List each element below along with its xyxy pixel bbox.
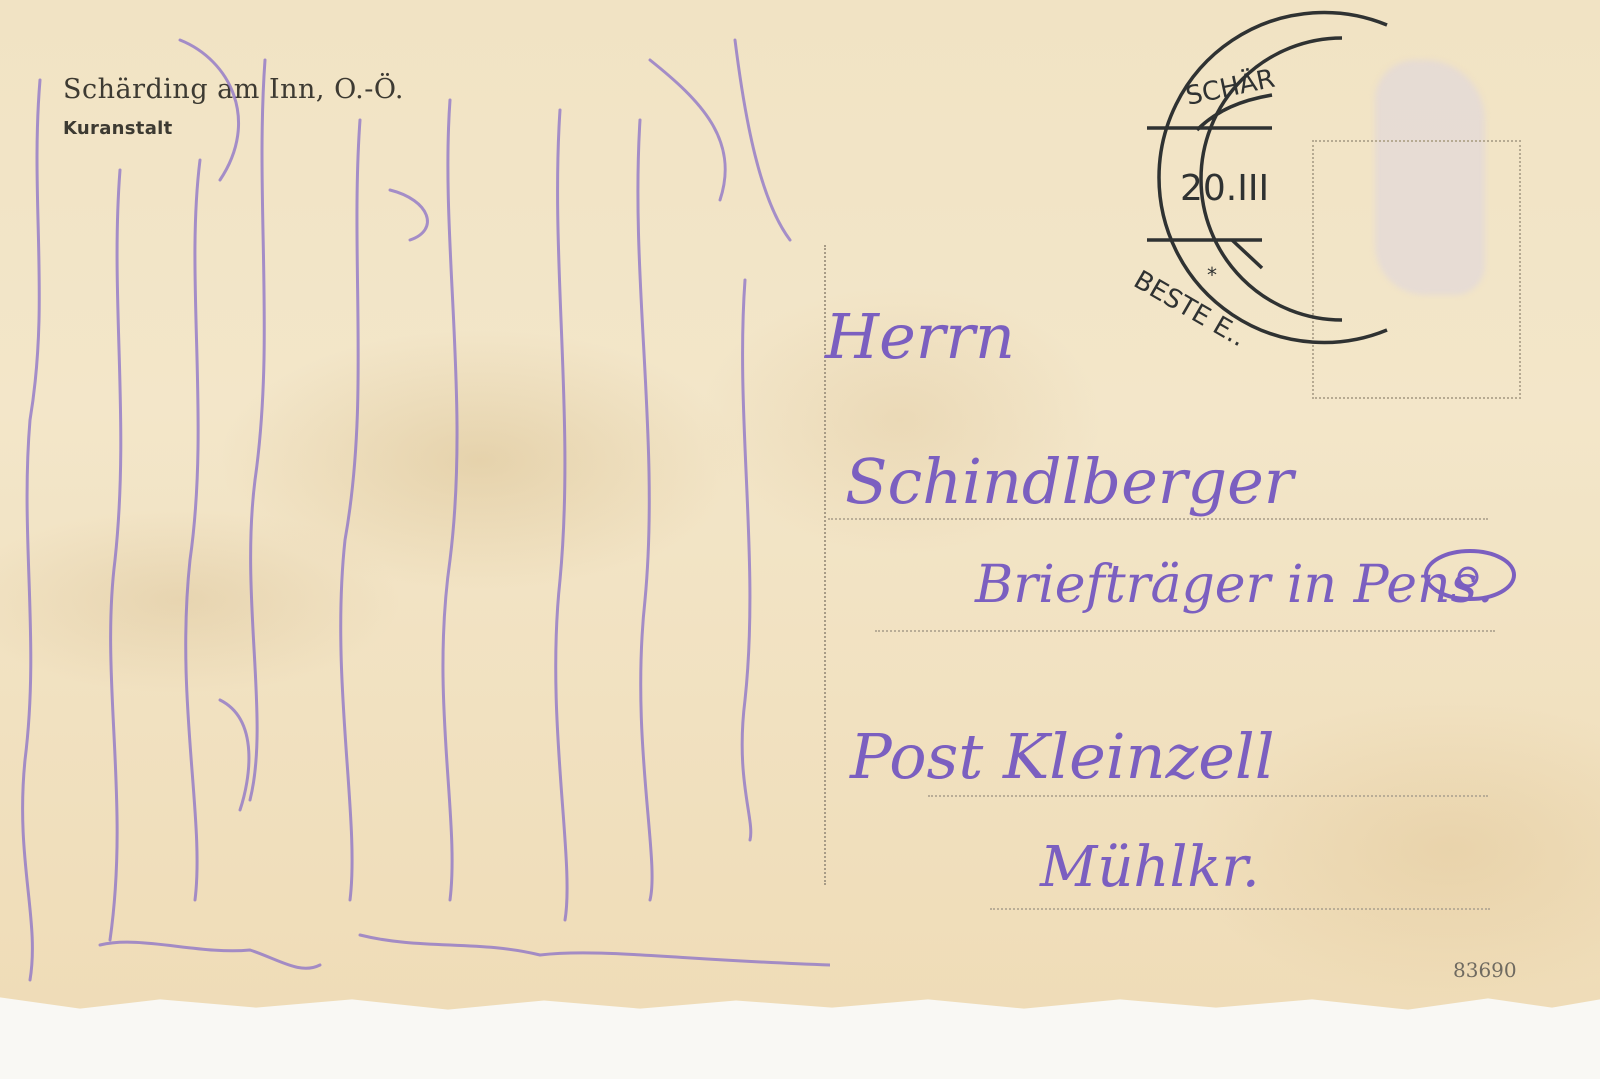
circled-mark-icon [1420, 545, 1520, 605]
address-line [990, 908, 1490, 910]
postcard-back: Schärding am Inn, O.-Ö. Kuranstalt [0, 0, 1600, 1024]
svg-text:20.III: 20.III [1180, 168, 1269, 209]
address-line [875, 630, 1495, 632]
postmark-icon: SCHÄR 20.III * BESTE E.. [1122, 0, 1422, 370]
address-line-4: Post Kleinzell [850, 720, 1275, 793]
address-line-2: Schindlberger [845, 445, 1293, 518]
address-line-3: Briefträger in Pens. [975, 555, 1494, 615]
address-line-1: Herrn [825, 300, 1015, 373]
serial-number: 83690 [1453, 958, 1517, 982]
svg-text:BESTE E..: BESTE E.. [1129, 265, 1252, 353]
address-line [828, 518, 1488, 520]
svg-text:*: * [1207, 263, 1217, 287]
address-line [928, 795, 1488, 797]
address-line-5: Mühlkr. [1040, 835, 1260, 900]
handwritten-message [0, 0, 830, 1020]
